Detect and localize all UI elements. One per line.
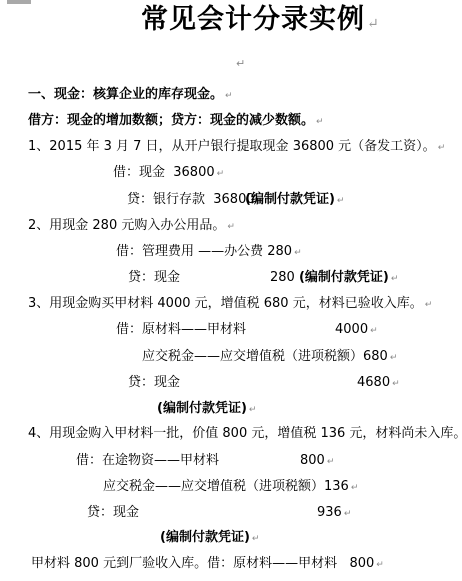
- entry2-credit-amount-note: 280 (编制付款凭证)↵: [270, 269, 398, 288]
- entry3-voucher-note-text: (编制付款凭证): [157, 401, 247, 416]
- entry3-credit-line: 贷：现金: [128, 374, 180, 391]
- entry2-description: 2、用现金 280 元购入办公用品。↵: [28, 217, 235, 236]
- entry4-debit1-amount: 800↵: [300, 452, 334, 471]
- entry4-credit-text: 贷：现金: [87, 505, 139, 520]
- paragraph-mark-icon: ↵: [294, 248, 302, 258]
- paragraph-mark-icon: ↵: [316, 117, 324, 127]
- corner-artifact: [7, 0, 31, 4]
- entry4-credit-line: 贷：现金: [87, 504, 139, 521]
- entry4-voucher-note: (编制付款凭证)↵: [160, 529, 259, 548]
- entry3-debit1-amount-text: 4000: [335, 322, 368, 337]
- entry3-credit-amount: 4680↵: [357, 374, 400, 393]
- entry2-credit-amount: 280: [270, 270, 299, 285]
- paragraph-mark-icon: ↵: [236, 57, 245, 70]
- entry4-voucher-note-text: (编制付款凭证): [160, 530, 250, 545]
- entry1-voucher-note: (编制付款凭证)↵: [245, 191, 344, 210]
- doc-title: 常见会计分录实例↵: [141, 4, 380, 40]
- entry3-debit1-line: 借：原材料——甲材料: [116, 321, 246, 338]
- entry3-description: 3、用现金购买甲材料 4000 元，增值税 680 元，材料已验收入库。↵: [28, 295, 432, 314]
- paragraph-mark-icon: ↵: [344, 509, 352, 519]
- entry4-description: 4、用现金购入甲材料一批，价值 800 元，增值税 136 元，材料尚未入库。↵: [28, 425, 462, 444]
- entry2-description-text: 2、用现金 280 元购入办公用品。: [28, 218, 225, 233]
- paragraph-mark-icon: ↵: [425, 300, 433, 310]
- entry4-debit1-amount-text: 800: [300, 453, 325, 468]
- section-rule-text: 借方：现金的增加数额；贷方：现金的减少数额。: [28, 113, 314, 128]
- section-heading-text: 一、现金：核算企业的库存现金。: [28, 87, 223, 102]
- entry1-description: 1、2015 年 3 月 7 日，从开户银行提取现金 36800 元（备发工资）…: [28, 138, 445, 157]
- paragraph-mark-icon: ↵: [327, 457, 335, 467]
- entry3-debit2-text: 应交税金——应交增值税（进项税额）680: [142, 349, 388, 364]
- document-page[interactable]: 常见会计分录实例↵ ↵ 一、现金：核算企业的库存现金。↵ 借方：现金的增加数额；…: [0, 0, 462, 581]
- entry3-voucher-note: (编制付款凭证)↵: [157, 400, 256, 419]
- entry4-credit-amount: 936↵: [317, 504, 351, 523]
- paragraph-mark-icon: ↵: [367, 16, 380, 32]
- paragraph-mark-icon: ↵: [370, 326, 378, 336]
- section-rule-cash: 借方：现金的增加数额；贷方：现金的减少数额。↵: [28, 112, 324, 131]
- doc-title-text: 常见会计分录实例: [141, 4, 365, 35]
- paragraph-mark-icon: ↵: [252, 534, 260, 544]
- entry4-debit1-line: 借：在途物资——甲材料: [76, 452, 219, 469]
- entry2-credit-text: 贷：现金: [128, 270, 180, 285]
- entry3-debit1-amount: 4000↵: [335, 321, 378, 340]
- paragraph-mark-icon: ↵: [217, 169, 225, 179]
- entry2-debit-text: 借：管理费用 ——办公费 280: [116, 244, 292, 259]
- empty-paragraph: ↵: [234, 55, 245, 72]
- entry1-voucher-note-text: (编制付款凭证): [245, 192, 335, 207]
- paragraph-mark-icon: ↵: [351, 483, 359, 493]
- paragraph-mark-icon: ↵: [227, 222, 235, 232]
- entry4-followup-line: 甲材料 800 元到厂验收入库。借：原材料——甲材料 800↵: [31, 555, 384, 574]
- entry2-debit-line: 借：管理费用 ——办公费 280↵: [116, 243, 302, 262]
- paragraph-mark-icon: ↵: [391, 274, 399, 284]
- section-heading-cash: 一、现金：核算企业的库存现金。↵: [28, 86, 233, 105]
- entry3-debit1-text: 借：原材料——甲材料: [116, 322, 246, 337]
- entry4-credit-amount-text: 936: [317, 505, 342, 520]
- entry1-credit-line: 贷：银行存款 36800: [127, 191, 255, 208]
- paragraph-mark-icon: ↵: [337, 196, 345, 206]
- entry1-debit-text: 借：现金 36800: [113, 165, 215, 180]
- entry1-description-text: 1、2015 年 3 月 7 日，从开户银行提取现金 36800 元（备发工资）…: [28, 139, 436, 154]
- entry2-credit-line: 贷：现金: [128, 269, 180, 286]
- paragraph-mark-icon: ↵: [438, 143, 446, 153]
- entry3-debit2-line: 应交税金——应交增值税（进项税额）680↵: [142, 348, 397, 367]
- paragraph-mark-icon: ↵: [225, 91, 233, 101]
- entry3-description-text: 3、用现金购买甲材料 4000 元，增值税 680 元，材料已验收入库。: [28, 296, 423, 311]
- entry1-credit-text: 贷：银行存款 36800: [127, 192, 255, 207]
- entry2-voucher-note-text: (编制付款凭证): [299, 270, 389, 285]
- entry3-credit-amount-text: 4680: [357, 375, 390, 390]
- paragraph-mark-icon: ↵: [392, 379, 400, 389]
- entry4-description-text: 4、用现金购入甲材料一批，价值 800 元，增值税 136 元，材料尚未入库。: [28, 426, 462, 441]
- entry3-credit-text: 贷：现金: [128, 375, 180, 390]
- paragraph-mark-icon: ↵: [376, 560, 384, 570]
- entry4-debit1-text: 借：在途物资——甲材料: [76, 453, 219, 468]
- entry4-followup-text: 甲材料 800 元到厂验收入库。借：原材料——甲材料 800: [31, 556, 374, 571]
- entry4-debit2-line: 应交税金——应交增值税（进项税额）136↵: [103, 478, 358, 497]
- entry1-debit-line: 借：现金 36800↵: [113, 164, 224, 183]
- paragraph-mark-icon: ↵: [390, 353, 398, 363]
- entry4-debit2-text: 应交税金——应交增值税（进项税额）136: [103, 479, 349, 494]
- paragraph-mark-icon: ↵: [249, 405, 257, 415]
